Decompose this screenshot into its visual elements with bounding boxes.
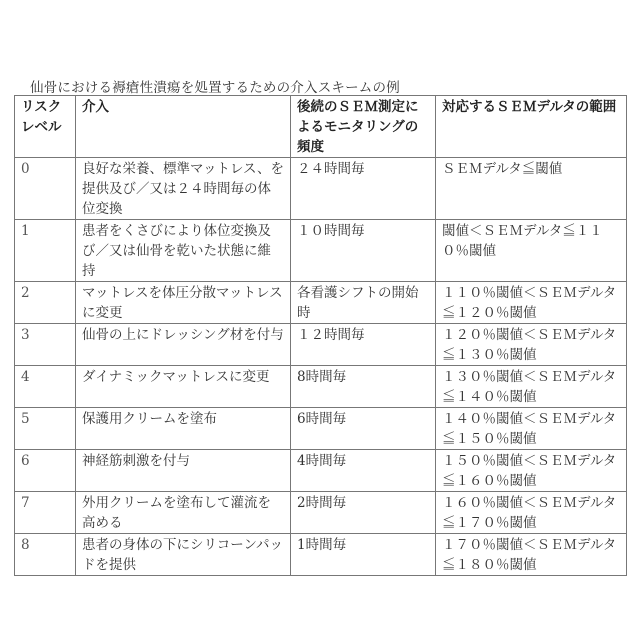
risk-level: 3 <box>15 324 76 366</box>
sem-range: ＳＥＭデルタ≦閾値 <box>436 158 627 220</box>
sem-range: １２０％閾値＜ＳＥＭデルタ≦１３０％閾値 <box>436 324 627 366</box>
sem-range: １７０％閾値＜ＳＥＭデルタ≦１８０％閾値 <box>436 534 627 576</box>
table-row: 8 患者の身体の下にシリコーンパッドを提供 1時間毎 １７０％閾値＜ＳＥＭデルタ… <box>15 534 627 576</box>
frequency: 8時間毎 <box>291 366 436 408</box>
intervention: マットレスを体圧分散マットレスに変更 <box>76 282 291 324</box>
frequency: １２時間毎 <box>291 324 436 366</box>
intervention: 患者をくさびにより体位変換及び／又は仙骨を乾いた状態に維持 <box>76 220 291 282</box>
table-row: 5 保護用クリームを塗布 6時間毎 １４０％閾値＜ＳＥＭデルタ≦１５０％閾値 <box>15 408 627 450</box>
risk-level: 4 <box>15 366 76 408</box>
frequency: 6時間毎 <box>291 408 436 450</box>
risk-level: 7 <box>15 492 76 534</box>
intervention: 保護用クリームを塗布 <box>76 408 291 450</box>
intervention: 神経筋刺激を付与 <box>76 450 291 492</box>
intervention: 患者の身体の下にシリコーンパッドを提供 <box>76 534 291 576</box>
risk-level: 1 <box>15 220 76 282</box>
risk-level: 5 <box>15 408 76 450</box>
risk-level: 0 <box>15 158 76 220</box>
risk-level: 8 <box>15 534 76 576</box>
intervention: 外用クリームを塗布して灌流を高める <box>76 492 291 534</box>
frequency: 2時間毎 <box>291 492 436 534</box>
table-row: 0 良好な栄養、標準マットレス、を提供及び／又は２４時間毎の体位変換 ２４時間毎… <box>15 158 627 220</box>
table-row: 3 仙骨の上にドレッシング材を付与 １２時間毎 １２０％閾値＜ＳＥＭデルタ≦１３… <box>15 324 627 366</box>
header-intervention: 介入 <box>76 96 291 158</box>
header-row: リスクレベル 介入 後続のＳＥＭ測定によるモニタリングの頻度 対応するＳＥＭデル… <box>15 96 627 158</box>
frequency: 1時間毎 <box>291 534 436 576</box>
table-row: 2 マットレスを体圧分散マットレスに変更 各看護シフトの開始時 １１０％閾値＜Ｓ… <box>15 282 627 324</box>
sem-range: １６０％閾値＜ＳＥＭデルタ≦１７０％閾値 <box>436 492 627 534</box>
table-caption: 仙骨における褥瘡性潰瘍を処置するための介入スキームの例 <box>30 76 400 96</box>
frequency: ２４時間毎 <box>291 158 436 220</box>
intervention: 仙骨の上にドレッシング材を付与 <box>76 324 291 366</box>
intervention: 良好な栄養、標準マットレス、を提供及び／又は２４時間毎の体位変換 <box>76 158 291 220</box>
table-row: 6 神経筋刺激を付与 4時間毎 １５０％閾値＜ＳＥＭデルタ≦１６０％閾値 <box>15 450 627 492</box>
sem-range: １３０％閾値＜ＳＥＭデルタ≦１４０％閾値 <box>436 366 627 408</box>
sem-range: １５０％閾値＜ＳＥＭデルタ≦１６０％閾値 <box>436 450 627 492</box>
header-risk-level: リスクレベル <box>15 96 76 158</box>
header-frequency: 後続のＳＥＭ測定によるモニタリングの頻度 <box>291 96 436 158</box>
frequency: 4時間毎 <box>291 450 436 492</box>
risk-level: 6 <box>15 450 76 492</box>
sem-range: １４０％閾値＜ＳＥＭデルタ≦１５０％閾値 <box>436 408 627 450</box>
intervention: ダイナミックマットレスに変更 <box>76 366 291 408</box>
table-row: 7 外用クリームを塗布して灌流を高める 2時間毎 １６０％閾値＜ＳＥＭデルタ≦１… <box>15 492 627 534</box>
table-row: 4 ダイナミックマットレスに変更 8時間毎 １３０％閾値＜ＳＥＭデルタ≦１４０％… <box>15 366 627 408</box>
sem-range: 閾値＜ＳＥＭデルタ≦１１０％閾値 <box>436 220 627 282</box>
intervention-table: リスクレベル 介入 後続のＳＥＭ測定によるモニタリングの頻度 対応するＳＥＭデル… <box>14 95 627 576</box>
sem-range: １１０％閾値＜ＳＥＭデルタ≦１２０％閾値 <box>436 282 627 324</box>
frequency: 各看護シフトの開始時 <box>291 282 436 324</box>
header-sem-range: 対応するＳＥＭデルタの範囲 <box>436 96 627 158</box>
frequency: １０時間毎 <box>291 220 436 282</box>
risk-level: 2 <box>15 282 76 324</box>
table-row: 1 患者をくさびにより体位変換及び／又は仙骨を乾いた状態に維持 １０時間毎 閾値… <box>15 220 627 282</box>
